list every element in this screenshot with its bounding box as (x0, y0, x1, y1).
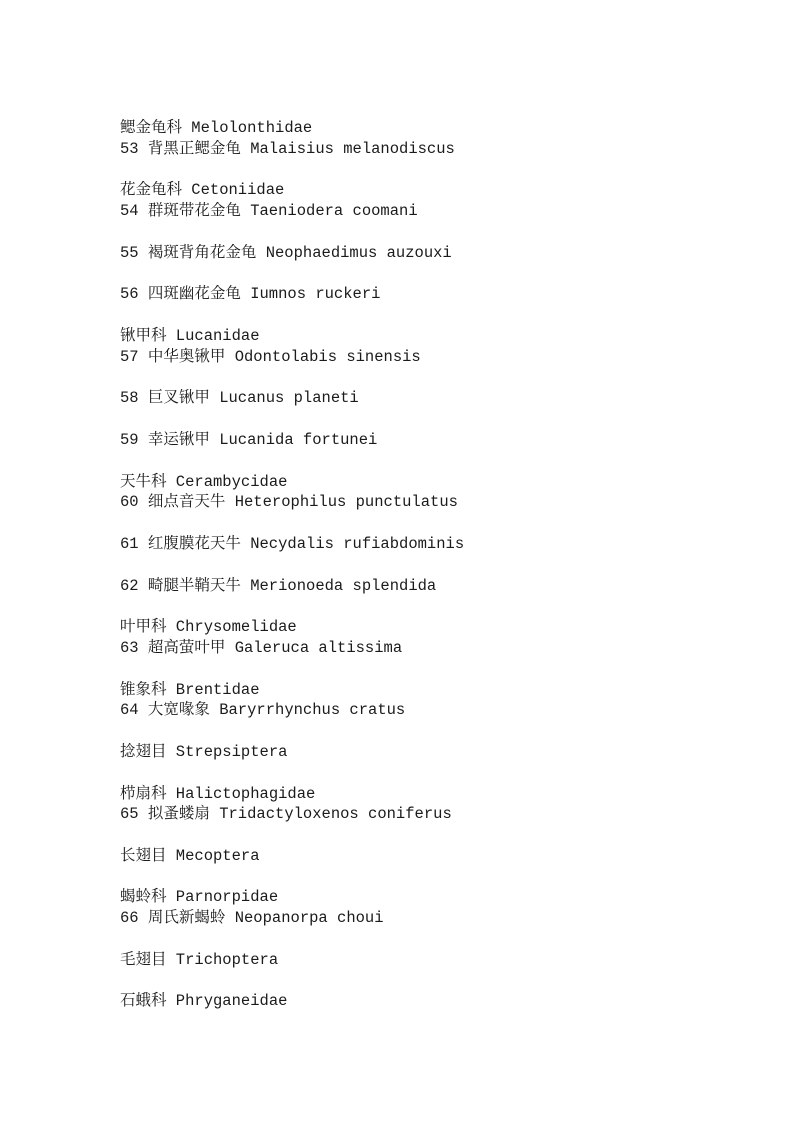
family-line: 蝎蛉科 Parnorpidae (120, 887, 753, 908)
blank-line (120, 264, 753, 285)
blank-line (120, 971, 753, 992)
family-line: 叶甲科 Chrysomelidae (120, 617, 753, 638)
blank-line (120, 305, 753, 326)
blank-line (120, 825, 753, 846)
species-line: 64 大宽喙象 Baryrrhynchus cratus (120, 700, 753, 721)
species-line: 60 细点音天牛 Heterophilus punctulatus (120, 492, 753, 513)
order-line: 毛翅目 Trichoptera (120, 950, 753, 971)
blank-line (120, 763, 753, 784)
family-line: 栉扇科 Halictophagidae (120, 784, 753, 805)
blank-line (120, 867, 753, 888)
species-line: 58 巨叉锹甲 Lucanus planeti (120, 388, 753, 409)
blank-line (120, 929, 753, 950)
order-line: 捻翅目 Strepsiptera (120, 742, 753, 763)
family-line: 锥象科 Brentidae (120, 680, 753, 701)
document-page: 鳃金龟科 Melolonthidae 53 背黑正鳃金龟 Malaisius m… (0, 0, 793, 1122)
blank-line (120, 659, 753, 680)
species-line: 62 畸腿半鞘天牛 Merionoeda splendida (120, 576, 753, 597)
family-line: 天牛科 Cerambycidae (120, 472, 753, 493)
species-line: 57 中华奥锹甲 Odontolabis sinensis (120, 347, 753, 368)
species-line: 61 红腹膜花天牛 Necydalis rufiabdominis (120, 534, 753, 555)
blank-line (120, 513, 753, 534)
species-line: 56 四斑幽花金龟 Iumnos ruckeri (120, 284, 753, 305)
family-line: 石蛾科 Phryganeidae (120, 991, 753, 1012)
blank-line (120, 160, 753, 181)
species-line: 63 超高萤叶甲 Galeruca altissima (120, 638, 753, 659)
family-line: 花金龟科 Cetoniidae (120, 180, 753, 201)
family-line: 鳃金龟科 Melolonthidae (120, 118, 753, 139)
blank-line (120, 409, 753, 430)
blank-line (120, 555, 753, 576)
species-line: 65 拟蚤蝼扇 Tridactyloxenos coniferus (120, 804, 753, 825)
species-line: 54 群斑带花金龟 Taeniodera coomani (120, 201, 753, 222)
species-line: 55 褐斑背角花金龟 Neophaedimus auzouxi (120, 243, 753, 264)
family-line: 锹甲科 Lucanidae (120, 326, 753, 347)
order-line: 长翅目 Mecoptera (120, 846, 753, 867)
species-line: 59 幸运锹甲 Lucanida fortunei (120, 430, 753, 451)
blank-line (120, 451, 753, 472)
blank-line (120, 222, 753, 243)
blank-line (120, 368, 753, 389)
species-line: 53 背黑正鳃金龟 Malaisius melanodiscus (120, 139, 753, 160)
blank-line (120, 596, 753, 617)
species-line: 66 周氏新蝎蛉 Neopanorpa choui (120, 908, 753, 929)
blank-line (120, 721, 753, 742)
